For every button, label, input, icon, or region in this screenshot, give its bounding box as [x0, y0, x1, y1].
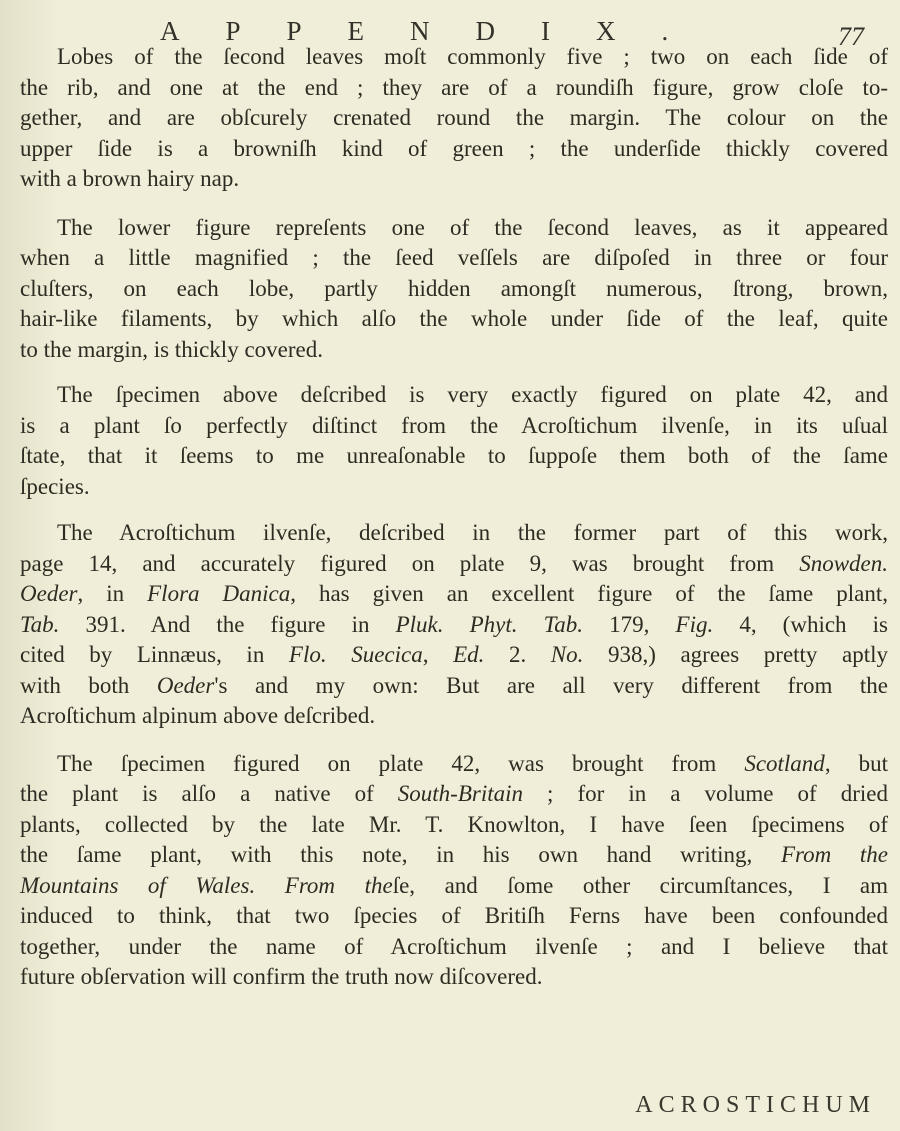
text-line: the ſame plant, with this note, in his o…	[20, 840, 888, 871]
text-line: cluſters, on each lobe, partly hidden am…	[20, 274, 888, 305]
text-line: together, under the name of Acroſtichum …	[20, 932, 888, 963]
text-line: Mountains of Wales. From theſe, and ſome…	[20, 871, 888, 902]
paragraph: The Acroſtichum ilvenſe, deſcribed in th…	[20, 518, 888, 732]
text-line: with both Oeder's and my own: But are al…	[20, 671, 888, 702]
catchword: ACROSTICHUM	[635, 1092, 876, 1119]
paragraph: The lower figure repreſents one of the ſ…	[20, 213, 888, 366]
text-line: is a plant ſo perfectly diſtinct from th…	[20, 411, 888, 442]
text-line: cited by Linnæus, in Flo. Suecica, Ed. 2…	[20, 640, 888, 671]
text-line: with a brown hairy nap.	[20, 164, 888, 195]
text-line: The lower figure repreſents one of the ſ…	[20, 213, 888, 244]
text-line: ſpecies.	[20, 472, 888, 503]
text-line: the rib, and one at the end ; they are o…	[20, 73, 888, 104]
text-line: The ſpecimen figured on plate 42, was br…	[20, 749, 888, 780]
text-line: plants, collected by the late Mr. T. Kno…	[20, 810, 888, 841]
text-line: future obſervation will confirm the trut…	[20, 962, 888, 993]
text-line: to the margin, is thickly covered.	[20, 335, 888, 366]
body-text: Lobes of the ſecond leaves moſt commonly…	[20, 42, 888, 1007]
text-line: hair-like filaments, by which alſo the w…	[20, 304, 888, 335]
book-page: APPENDIX. 77 Lobes of the ſecond leaves …	[0, 0, 900, 1131]
text-line: gether, and are obſcurely crenated round…	[20, 103, 888, 134]
text-line: the plant is alſo a native of South-Brit…	[20, 779, 888, 810]
text-line: Acroſtichum alpinum above deſcribed.	[20, 701, 888, 732]
text-line: when a little magnified ; the ſeed veſſe…	[20, 243, 888, 274]
text-line: Lobes of the ſecond leaves moſt commonly…	[20, 42, 888, 73]
paragraph: The ſpecimen figured on plate 42, was br…	[20, 749, 888, 993]
text-line: Oeder, in Flora Danica, has given an exc…	[20, 579, 888, 610]
text-line: page 14, and accurately figured on plate…	[20, 549, 888, 580]
text-line: upper ſide is a browniſh kind of green ;…	[20, 134, 888, 165]
text-line: The Acroſtichum ilvenſe, deſcribed in th…	[20, 518, 888, 549]
text-line: The ſpecimen above deſcribed is very exa…	[20, 380, 888, 411]
paragraph: Lobes of the ſecond leaves moſt commonly…	[20, 42, 888, 195]
text-line: Tab. 391. And the figure in Pluk. Phyt. …	[20, 610, 888, 641]
text-line: induced to think, that two ſpecies of Br…	[20, 901, 888, 932]
text-line: ſtate, that it ſeems to me unreaſonable …	[20, 441, 888, 472]
paragraph: The ſpecimen above deſcribed is very exa…	[20, 380, 888, 502]
